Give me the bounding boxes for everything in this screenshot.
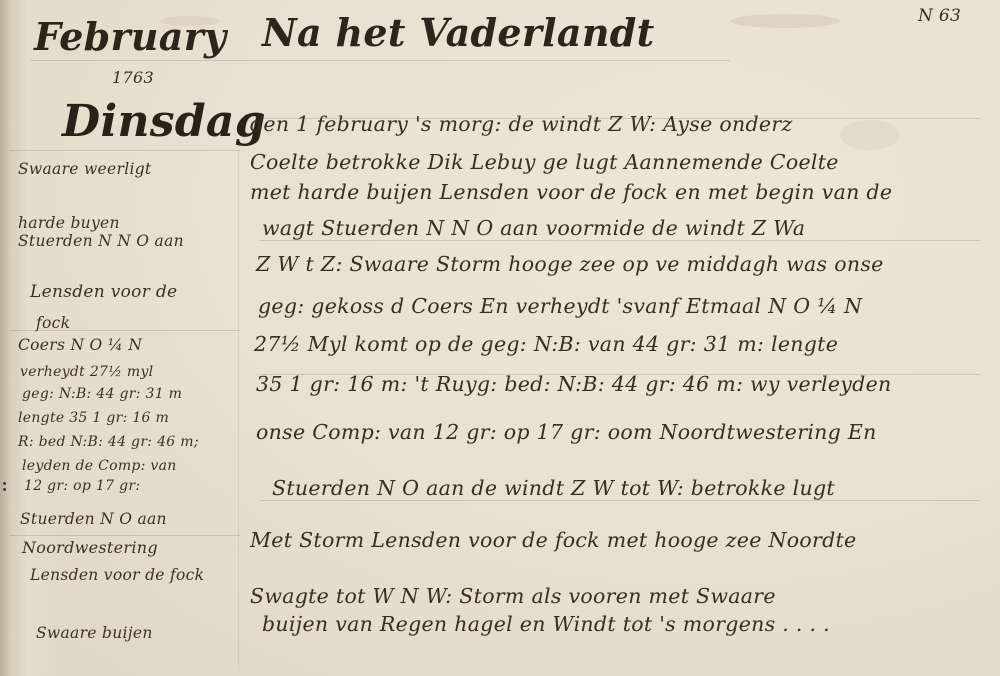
- ruled-line: [260, 240, 980, 241]
- log-line: onse Comp: van 12 gr: op 17 gr: oom Noor…: [256, 420, 877, 444]
- log-line: den 1 february 's morg: de windt Z W: Ay…: [250, 112, 793, 136]
- margin-note: 12 gr: op 17 gr:: [24, 478, 140, 494]
- margin-note: geg: N:B: 44 gr: 31 m: [22, 386, 182, 402]
- header-title: Na het Vaderlandt: [262, 10, 654, 55]
- margin-note: Stuerden N N O aan: [18, 232, 184, 250]
- column-divider: [238, 150, 239, 670]
- margin-note: Lensden voor de fock: [30, 566, 204, 584]
- ruled-line: [30, 60, 730, 61]
- margin-note: lengte 35 1 gr: 16 m: [18, 410, 169, 426]
- log-line: Z W t Z: Swaare Storm hooge zee op ve mi…: [256, 252, 884, 276]
- margin-note: harde buyen: [18, 214, 120, 232]
- paper-stain: [730, 14, 840, 28]
- margin-note: Swaare weerligt: [18, 160, 151, 178]
- paper-stain: [840, 120, 900, 150]
- ink-dot: [3, 482, 6, 485]
- margin-note: fock: [36, 314, 70, 332]
- log-line: 27½ Myl komt op de geg: N:B: van 44 gr: …: [254, 332, 838, 356]
- log-line: Met Storm Lensden voor de fock met hooge…: [250, 528, 856, 552]
- margin-note: Noordwestering: [22, 538, 158, 557]
- margin-note: R: bed N:B: 44 gr: 46 m;: [18, 434, 199, 450]
- margin-note: Lensden voor de: [30, 282, 177, 302]
- margin-note: Stuerden N O aan: [20, 510, 167, 528]
- log-line: geg: gekoss d Coers En verheydt 'svanf E…: [258, 294, 862, 318]
- ruled-line: [10, 535, 240, 536]
- ruled-line: [10, 150, 240, 151]
- manuscript-page: February Na het Vaderlandt N 63 1763 Din…: [0, 0, 1000, 676]
- page-number: N 63: [918, 6, 961, 26]
- margin-note: verheydt 27½ myl: [20, 364, 153, 380]
- entry-weekday: Dinsdag: [62, 96, 266, 147]
- ink-dot: [3, 488, 6, 491]
- header-month: February: [34, 14, 226, 59]
- ruled-line: [260, 500, 980, 501]
- margin-note: leyden de Comp: van: [22, 458, 177, 474]
- header-year: 1763: [112, 68, 154, 87]
- log-line: buijen van Regen hagel en Windt tot 's m…: [262, 612, 830, 636]
- log-line: met harde buijen Lensden voor de fock en…: [250, 180, 892, 204]
- margin-note: Swaare buijen: [36, 624, 153, 642]
- log-line: Swagte tot W N W: Storm als vooren met S…: [250, 584, 776, 608]
- log-line: wagt Stuerden N N O aan voormide de wind…: [262, 216, 805, 240]
- log-line: Coelte betrokke Dik Lebuy ge lugt Aannem…: [250, 150, 839, 174]
- margin-note: Coers N O ¼ N: [18, 336, 142, 354]
- log-line: 35 1 gr: 16 m: 't Ruyg: bed: N:B: 44 gr:…: [256, 372, 892, 396]
- log-line: Stuerden N O aan de windt Z W tot W: bet…: [272, 476, 835, 500]
